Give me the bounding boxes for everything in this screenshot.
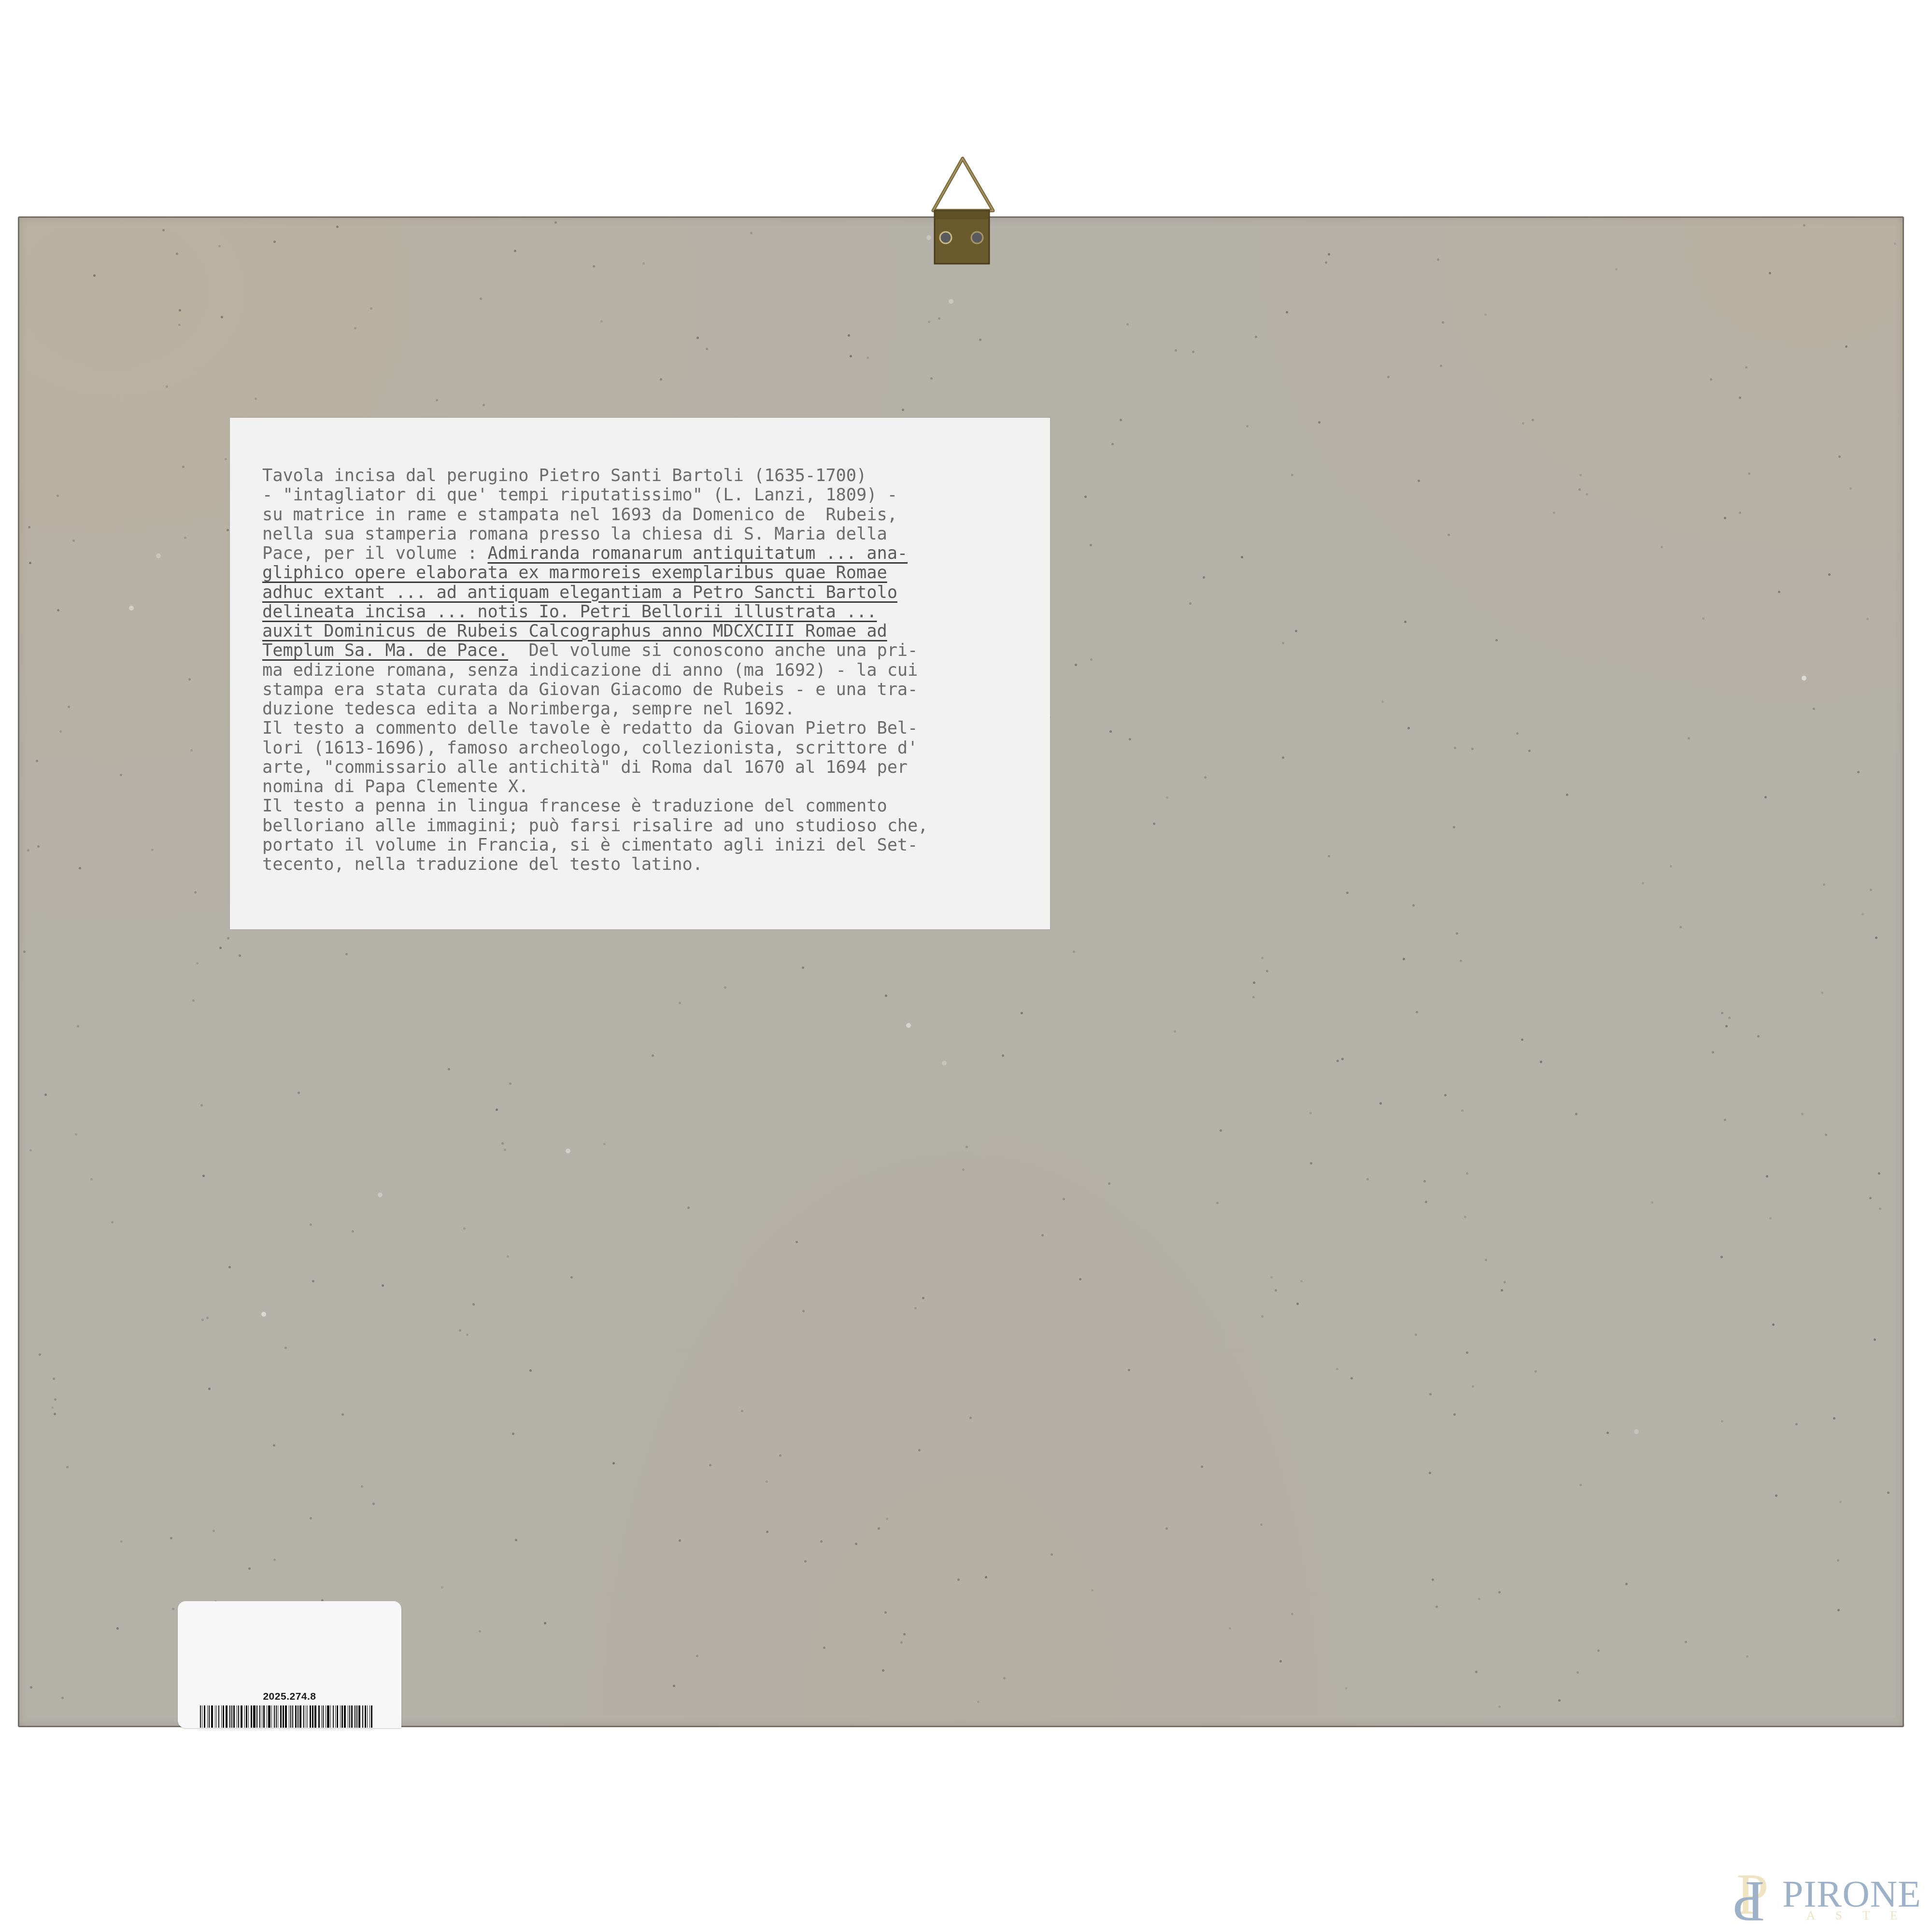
board-speck <box>372 1503 375 1505</box>
barcode-bar <box>307 1705 308 1728</box>
board-speck <box>529 1369 532 1372</box>
barcode-bar <box>321 1705 322 1728</box>
board-speck <box>1875 937 1877 939</box>
underlined-title-text: adhuc extant ... ad antiquam elegantiam … <box>262 582 897 602</box>
label-line: nella sua stamperia romana presso la chi… <box>262 525 928 544</box>
board-speck <box>962 1168 965 1171</box>
board-speck <box>1839 1501 1842 1503</box>
label-text-segment: nella sua stamperia romana presso la chi… <box>262 524 887 544</box>
board-speck <box>352 1230 354 1233</box>
board-speck <box>1201 1465 1203 1468</box>
pirone-aste-logo: P P PIRONE ASTE <box>1732 1869 1932 1932</box>
board-speck <box>1453 1413 1456 1416</box>
barcode-bar <box>299 1705 301 1728</box>
board-speck <box>1203 576 1205 579</box>
barcode-bar <box>251 1705 252 1728</box>
board-speck <box>766 1531 768 1533</box>
board-speck <box>850 355 852 357</box>
label-text-segment: lori (1613-1696), famoso archeologo, col… <box>262 738 918 758</box>
board-speck <box>66 1466 69 1468</box>
barcode-bar <box>283 1705 284 1728</box>
board-speck <box>218 245 221 247</box>
board-speck <box>36 760 38 762</box>
board-speck <box>255 398 257 400</box>
board-speck <box>796 1241 798 1243</box>
label-line: Pace, per il volume : Admiranda romanaru… <box>262 544 928 563</box>
label-text-segment: arte, "commissario alle antichità" di Ro… <box>262 757 908 777</box>
board-speck <box>1189 602 1192 605</box>
barcode-bar <box>351 1705 353 1728</box>
board-speck <box>706 348 708 350</box>
label-line: adhuc extant ... ad antiquam elegantiam … <box>262 583 928 602</box>
board-speck <box>977 1701 980 1703</box>
board-speck <box>472 1303 475 1306</box>
barcode-bar <box>335 1705 336 1728</box>
board-speck <box>1778 591 1780 593</box>
board-speck <box>1456 932 1458 935</box>
board-speck <box>514 250 516 252</box>
board-speck <box>544 1622 546 1624</box>
board-speck <box>28 526 30 528</box>
barcode-bar <box>271 1705 272 1728</box>
board-speck <box>111 1221 114 1223</box>
board-speck <box>1597 1649 1600 1652</box>
board-speck <box>779 1454 781 1457</box>
board-speck <box>878 1527 880 1530</box>
board-speck <box>1553 511 1555 514</box>
board-speck <box>72 540 75 542</box>
board-speck <box>867 356 869 359</box>
board-speck <box>227 937 229 939</box>
board-speck <box>1336 1368 1338 1370</box>
board-speck <box>922 1297 924 1299</box>
label-text-segment: Il testo a commento delle tavole è redat… <box>262 718 918 738</box>
board-speck <box>1387 376 1390 378</box>
board-speck <box>1270 1276 1273 1279</box>
board-speck <box>1825 1134 1827 1136</box>
board-speck <box>652 1054 654 1057</box>
board-speck <box>273 241 276 243</box>
board-speck <box>1712 1051 1714 1053</box>
board-speck <box>1579 1484 1582 1486</box>
board-speck <box>166 385 168 388</box>
board-speck <box>1091 1589 1094 1591</box>
board-speck <box>37 845 40 848</box>
board-speck <box>1153 823 1155 825</box>
board-speck <box>1261 1315 1264 1318</box>
label-text-segment: duzione tedesca edita a Norimberga, semp… <box>262 699 795 719</box>
board-speck <box>68 706 70 708</box>
barcode-bar <box>337 1705 338 1728</box>
barcode-bar <box>209 1705 210 1728</box>
board-speck <box>1746 1655 1748 1658</box>
board-speck <box>886 1518 888 1520</box>
board-speck <box>1041 1234 1044 1236</box>
board-speck <box>1870 889 1872 891</box>
barcode-bar <box>231 1705 232 1728</box>
board-speck <box>1849 487 1852 490</box>
label-line: Il testo a penna in lingua francese è tr… <box>262 796 928 816</box>
board-speck <box>261 1312 266 1317</box>
typewritten-label-card: Tavola incisa dal perugino Pietro Santi … <box>230 418 1050 929</box>
board-speck <box>1472 1385 1474 1388</box>
board-speck <box>459 1329 461 1332</box>
board-speck <box>1745 366 1747 369</box>
barcode-bar <box>362 1705 363 1728</box>
barcode-bar <box>348 1705 348 1728</box>
board-speck <box>1577 1671 1579 1674</box>
board-speck <box>162 229 165 231</box>
board-speck <box>1634 1429 1639 1434</box>
board-speck <box>1282 642 1284 644</box>
board-speck <box>1325 261 1327 264</box>
board-speck <box>208 1388 211 1390</box>
board-speck <box>1437 258 1439 261</box>
barcode-bar <box>344 1705 346 1728</box>
barcode-icon <box>200 1705 373 1728</box>
board-speck <box>1341 1058 1344 1060</box>
board-speck <box>1120 419 1122 421</box>
board-speck <box>1296 1303 1299 1305</box>
board-speck <box>1837 1559 1839 1562</box>
board-speck <box>1090 544 1092 546</box>
board-speck <box>23 951 26 953</box>
board-speck <box>479 1630 481 1633</box>
board-speck <box>1328 253 1330 256</box>
board-speck <box>1002 1054 1004 1057</box>
board-speck <box>1685 1641 1687 1643</box>
board-speck <box>57 495 59 497</box>
board-speck <box>1724 517 1726 519</box>
board-speck <box>93 274 96 277</box>
board-speck <box>120 1540 123 1543</box>
barcode-bar <box>326 1705 326 1728</box>
board-speck <box>1522 422 1524 425</box>
board-speck <box>239 954 241 957</box>
barcode-bar <box>314 1705 316 1728</box>
board-speck <box>1229 1627 1231 1630</box>
board-speck <box>206 1317 209 1319</box>
board-speck <box>448 1068 450 1070</box>
board-speck <box>466 1334 469 1336</box>
board-speck <box>202 1175 205 1177</box>
barcode-bar <box>280 1705 282 1728</box>
board-speck <box>1291 1613 1293 1615</box>
board-speck <box>273 1559 276 1561</box>
board-speck <box>566 1149 570 1153</box>
board-speck <box>1174 1030 1176 1033</box>
board-speck <box>1126 323 1129 326</box>
typewritten-description: Tavola incisa dal perugino Pietro Santi … <box>262 466 928 874</box>
board-speck <box>90 1178 93 1180</box>
board-speck <box>1724 1119 1726 1121</box>
barcode-bar <box>349 1705 350 1728</box>
barcode-bar <box>218 1705 219 1728</box>
label-text-segment: Il testo a penna in lingua francese è tr… <box>262 796 887 816</box>
board-speck <box>1857 771 1860 773</box>
barcode-bar <box>238 1705 239 1728</box>
barcode-bar <box>341 1705 342 1728</box>
board-speck <box>194 891 197 894</box>
inventory-sticker: 2025.274.8 <box>178 1601 401 1728</box>
label-line: su matrice in rame e stampata nel 1693 d… <box>262 505 928 525</box>
label-line: delineata incisa ... notis Io. Petri Bel… <box>262 602 928 622</box>
board-speck <box>1688 737 1690 739</box>
label-text-segment: Del volume si conoscono anche una pri- <box>508 640 918 660</box>
board-speck <box>1478 1598 1480 1600</box>
label-line: Tavola incisa dal perugino Pietro Santi … <box>262 466 928 485</box>
board-speck <box>1861 913 1864 915</box>
board-speck <box>378 1193 383 1197</box>
board-speck <box>1558 1699 1561 1702</box>
barcode-bar <box>274 1705 275 1728</box>
board-speck <box>906 1023 911 1028</box>
board-speck <box>1739 397 1741 399</box>
board-speck <box>79 867 81 869</box>
board-speck <box>1879 1207 1881 1210</box>
board-speck <box>336 226 339 228</box>
barcode-bar <box>215 1705 215 1728</box>
board-speck <box>957 1578 960 1581</box>
board-speck <box>696 337 699 339</box>
board-speck <box>1495 639 1498 641</box>
board-speck <box>29 562 31 564</box>
board-speck <box>1484 313 1487 316</box>
label-line: Templum Sa. Ma. de Pace. Del volume si c… <box>262 641 928 660</box>
board-speck <box>178 324 181 326</box>
board-speck <box>1255 336 1257 338</box>
label-line: auxit Dominicus de Rubeis Calcographus a… <box>262 622 928 641</box>
board-speck <box>1504 1281 1506 1283</box>
label-line: ma edizione romana, senza indicazione di… <box>262 661 928 680</box>
board-speck <box>966 1146 968 1148</box>
barcode-bar <box>233 1705 235 1728</box>
board-speck <box>116 1627 119 1630</box>
board-speck <box>1073 951 1075 953</box>
board-speck <box>1328 855 1330 857</box>
board-speck <box>213 1530 215 1532</box>
label-line: gliphico opere elaborata ex marmoreis ex… <box>262 563 928 582</box>
board-speck <box>848 334 850 337</box>
board-speck <box>129 606 134 611</box>
board-speck <box>1471 748 1474 750</box>
board-speck <box>709 1464 711 1466</box>
board-speck <box>298 1092 300 1094</box>
board-speck <box>949 299 953 304</box>
barcode-bar <box>253 1705 255 1728</box>
board-speck <box>248 1567 251 1570</box>
underlined-title-text: delineata incisa ... notis Io. Petri Bel… <box>262 602 877 622</box>
label-text-segment: nomina di Papa Clemente X. <box>262 777 528 796</box>
board-speck <box>1175 349 1177 352</box>
board-speck <box>75 1133 77 1136</box>
board-speck <box>496 1108 498 1111</box>
board-speck <box>1286 311 1288 313</box>
label-line: tecento, nella traduzione del testo lati… <box>262 855 928 874</box>
board-speck <box>985 1576 987 1578</box>
board-speck <box>969 1417 972 1419</box>
board-speck <box>1454 747 1456 749</box>
board-speck <box>942 1061 947 1065</box>
board-speck <box>54 1398 57 1401</box>
board-speck <box>918 1449 921 1451</box>
board-speck <box>1275 1289 1277 1292</box>
board-speck <box>882 1669 884 1672</box>
label-line: - "intagliator di que' tempi riputatissi… <box>262 485 928 505</box>
board-speck <box>1833 1417 1835 1420</box>
board-speck <box>1670 865 1672 867</box>
board-speck <box>1021 1012 1023 1014</box>
barcode-bar <box>256 1705 257 1728</box>
board-speck <box>570 1276 573 1279</box>
board-speck <box>182 466 185 468</box>
board-speck <box>441 1586 443 1589</box>
board-speck <box>228 1266 231 1268</box>
label-text-segment: stampa era stata curata da Giovan Giacom… <box>262 680 918 699</box>
board-speck <box>53 1378 55 1380</box>
barcode-bar <box>369 1705 370 1728</box>
board-speck <box>1111 443 1114 445</box>
barcode-bar <box>204 1705 205 1728</box>
board-speck <box>802 1310 805 1312</box>
board-speck <box>1318 421 1321 424</box>
board-speck <box>1475 1671 1477 1673</box>
barcode-bar <box>303 1705 304 1728</box>
board-speck <box>1540 1061 1542 1063</box>
board-speck <box>1279 1660 1282 1662</box>
board-speck <box>1821 992 1823 994</box>
board-speck <box>170 1537 172 1539</box>
board-speck <box>200 1104 203 1107</box>
board-speck <box>188 678 191 681</box>
board-speck <box>1721 1012 1723 1014</box>
board-speck <box>1528 750 1531 752</box>
barcode-bar <box>367 1705 368 1728</box>
board-speck <box>120 774 122 776</box>
barcode-bar <box>216 1705 217 1728</box>
board-speck <box>1260 1523 1263 1526</box>
board-speck <box>1679 926 1682 928</box>
barcode-bar <box>312 1705 313 1728</box>
label-line: lori (1613-1696), famoso archeologo, col… <box>262 739 928 758</box>
barcode-bar <box>292 1705 293 1728</box>
board-speck <box>345 953 348 955</box>
board-speck <box>1295 630 1297 632</box>
board-speck <box>724 986 726 989</box>
board-speck <box>855 1543 857 1545</box>
board-speck <box>1521 1038 1523 1041</box>
board-speck <box>603 1143 606 1145</box>
board-speck <box>1466 1172 1468 1175</box>
board-speck <box>179 309 181 312</box>
barcode-bar <box>358 1705 360 1728</box>
board-speck <box>501 1142 504 1145</box>
board-speck <box>1366 1178 1369 1180</box>
board-speck <box>1769 1217 1772 1220</box>
board-speck <box>1869 1197 1872 1199</box>
board-speck <box>900 1641 903 1644</box>
board-speck <box>1615 268 1618 270</box>
board-speck <box>483 404 485 406</box>
barcode-bar <box>290 1705 291 1728</box>
board-speck <box>1725 1025 1728 1027</box>
board-speck <box>1128 1369 1130 1371</box>
board-speck <box>1403 958 1405 960</box>
board-speck <box>1838 455 1841 458</box>
board-speck <box>1241 556 1243 558</box>
barcode-bar <box>318 1705 320 1728</box>
board-speck <box>1837 1609 1840 1611</box>
label-text-segment: belloriano alle immagini; può farsi risa… <box>262 816 928 836</box>
board-speck <box>1498 1705 1501 1708</box>
board-speck <box>1642 882 1644 884</box>
barcode-bar <box>244 1705 245 1728</box>
board-speck <box>156 554 161 558</box>
board-speck <box>642 262 645 265</box>
underlined-title-text: Admiranda romanarum antiquitatum ... ana… <box>488 543 908 563</box>
board-speck <box>436 399 438 401</box>
board-speck <box>512 1433 514 1435</box>
board-speck <box>1423 1180 1426 1182</box>
board-speck <box>77 1025 79 1027</box>
barcode-bar <box>285 1705 287 1728</box>
board-speck <box>554 221 557 224</box>
barcode-bar <box>278 1705 278 1728</box>
board-speck <box>463 1227 466 1230</box>
board-speck <box>509 1082 511 1085</box>
board-speck <box>1874 1338 1876 1341</box>
board-speck <box>515 1539 517 1541</box>
board-speck <box>1534 1370 1537 1373</box>
board-speck <box>184 537 186 539</box>
board-speck <box>176 253 178 255</box>
board-speck <box>1448 534 1450 536</box>
barcode-bar <box>356 1705 357 1728</box>
board-speck <box>61 1697 64 1699</box>
board-speck <box>1566 794 1568 796</box>
board-speck <box>59 730 62 733</box>
board-speck <box>225 458 227 460</box>
barcode-bar <box>333 1705 334 1728</box>
board-speck <box>1261 957 1264 959</box>
board-speck <box>696 1655 698 1657</box>
board-speck <box>1432 1578 1434 1581</box>
label-line: belloriano alle immagini; può farsi risa… <box>262 816 928 836</box>
board-speck <box>1460 960 1462 962</box>
board-speck <box>1063 1198 1065 1200</box>
board-speck <box>660 378 662 381</box>
board-speck <box>341 1413 344 1416</box>
board-speck <box>679 1002 681 1004</box>
board-speck <box>1823 883 1825 886</box>
monogram-icon: P P <box>1732 1869 1777 1927</box>
board-speck <box>1748 472 1750 475</box>
board-speck <box>1418 480 1420 482</box>
board-speck <box>1129 738 1131 740</box>
board-speck <box>1166 796 1168 799</box>
board-speck <box>741 1410 743 1412</box>
board-speck <box>1444 1094 1447 1096</box>
label-text-segment: ma edizione romana, senza indicazione di… <box>262 660 918 680</box>
board-speck <box>1003 1677 1006 1679</box>
underlined-title-text: gliphico opere elaborata ex marmoreis ex… <box>262 563 887 582</box>
board-speck <box>804 1560 807 1563</box>
label-line: stampa era stata curata da Giovan Giacom… <box>262 680 928 699</box>
board-speck <box>1425 1201 1427 1203</box>
board-speck <box>1416 1011 1418 1013</box>
board-speck <box>1739 511 1741 514</box>
board-speck <box>1204 776 1207 779</box>
